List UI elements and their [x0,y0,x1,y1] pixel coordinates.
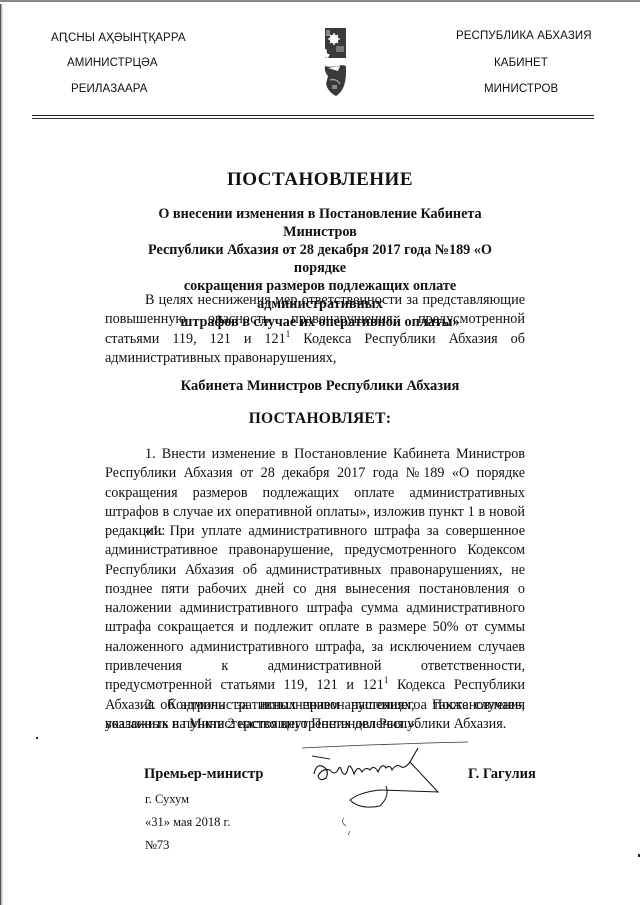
item-2-text: 2. Контроль за исполнением настоящего По… [105,697,525,732]
item-2-paragraph: 2. Контроль за исполнением настоящего По… [105,696,525,735]
abkhazia-emblem-icon [322,28,348,98]
subtitle-line: О внесении изменения в Постановление Каб… [130,205,510,241]
preamble-paragraph: В целях неснижения мер ответственности з… [105,291,525,368]
document-number: №73 [145,838,169,853]
scan-speck [36,737,38,739]
letterhead-left-line-3: РЕИЛАЗААРА [71,83,148,95]
resolves-heading: ПОСТАНОВЛЯЕТ: [0,410,640,428]
subtitle-line: Республики Абхазия от 28 декабря 2017 го… [130,241,510,277]
signatory-name: Г. Гагулия [468,766,536,783]
letterhead-right-line-3: МИНИСТРОВ [484,83,558,95]
document-title: ПОСТАНОВЛЕНИЕ [0,169,640,191]
signatory-role: Премьер-министр [144,766,263,783]
quote-text-1: «1. При уплате административного штрафа … [105,523,525,693]
letterhead-right-line-1: РЕСПУБЛИКА АБХАЗИЯ [456,30,592,42]
document-page: АԤСНЫ АҲӘЫНҬҚАРРА АМИНИСТРЦӘА РЕИЛАЗААРА… [0,0,640,905]
issuer-heading: Кабинета Министров Республики Абхазия [0,378,640,395]
signing-city: г. Сухум [145,792,189,807]
scan-edge [0,4,3,905]
letterhead-left-line-2: АМИНИСТРЦӘА [67,57,158,69]
handwritten-signature-icon [300,740,470,840]
letterhead-divider [32,115,594,119]
letterhead-left-line-1: АԤСНЫ АҲӘЫНҬҚАРРА [51,30,186,44]
signing-date: «31» мая 2018 г. [145,815,230,830]
letterhead-right-line-2: КАБИНЕТ [494,57,548,69]
